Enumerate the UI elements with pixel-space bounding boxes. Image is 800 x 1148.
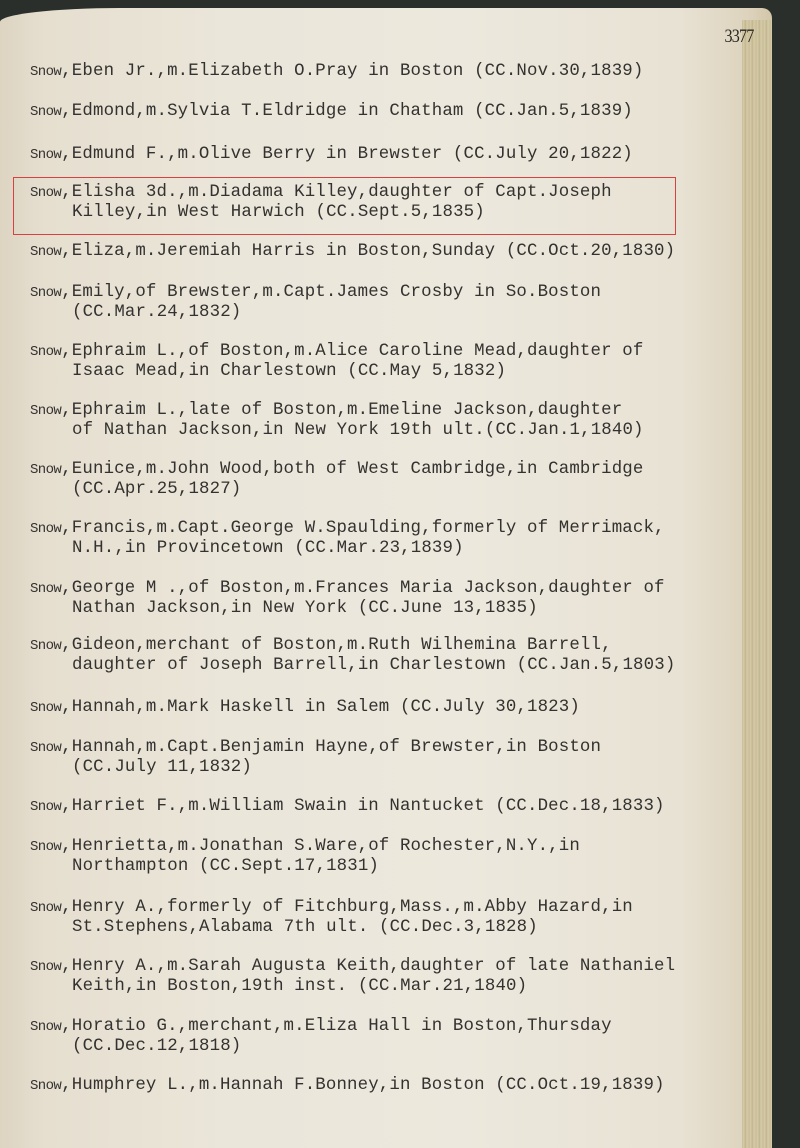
page-edge: [742, 20, 772, 1140]
entry: Snow,George M .,of Boston,m.Frances Mari…: [30, 579, 665, 619]
entry-surname: Snow: [30, 285, 61, 301]
entry: Snow,Henry A.,formerly of Fitchburg,Mass…: [30, 898, 633, 938]
entry-surname: Snow: [30, 521, 61, 537]
entry-first-line: Snow,Harriet F.,m.William Swain in Nantu…: [30, 797, 665, 817]
entry: Snow,Humphrey L.,m.Hannah F.Bonney,in Bo…: [30, 1076, 665, 1096]
entry-text: ,Edmund F.,m.Olive Berry in Brewster (CC…: [61, 145, 633, 164]
entry-surname: Snow: [30, 638, 61, 654]
entry: Snow,Ephraim L.,late of Boston,m.Emeline…: [30, 401, 644, 441]
entry-text: ,Henry A.,formerly of Fitchburg,Mass.,m.…: [61, 898, 633, 917]
page-number: 3377: [725, 26, 754, 48]
entry-surname: Snow: [30, 244, 61, 260]
entry-text: ,Henry A.,m.Sarah Augusta Keith,daughter…: [61, 957, 675, 976]
entry-surname: Snow: [30, 959, 61, 975]
entry: Snow,Gideon,merchant of Boston,m.Ruth Wi…: [30, 636, 675, 676]
entry: Snow,Edmund F.,m.Olive Berry in Brewster…: [30, 145, 633, 165]
entry-text: ,Hannah,m.Capt.Benjamin Hayne,of Brewste…: [61, 738, 601, 757]
entry-surname: Snow: [30, 104, 61, 120]
entry-text: ,Emily,of Brewster,m.Capt.James Crosby i…: [61, 283, 601, 302]
entry-first-line: Snow,George M .,of Boston,m.Frances Mari…: [30, 579, 665, 599]
entry-surname: Snow: [30, 839, 61, 855]
entry-surname: Snow: [30, 147, 61, 163]
entry: Snow,Hannah,m.Mark Haskell in Salem (CC.…: [30, 698, 580, 718]
entry-continuation-line: (CC.Apr.25,1827): [30, 480, 643, 500]
entry-text: ,Eliza,m.Jeremiah Harris in Boston,Sunda…: [61, 242, 675, 261]
entry-first-line: Snow,Eben Jr.,m.Elizabeth O.Pray in Bost…: [30, 62, 643, 82]
entry-continuation-line: N.H.,in Provincetown (CC.Mar.23,1839): [30, 539, 665, 559]
entry-surname: Snow: [30, 344, 61, 360]
entry-first-line: Snow,Henry A.,m.Sarah Augusta Keith,daug…: [30, 957, 675, 977]
entry-text: ,Harriet F.,m.William Swain in Nantucket…: [61, 797, 664, 816]
entry: Snow,Eben Jr.,m.Elizabeth O.Pray in Bost…: [30, 62, 643, 82]
entry-first-line: Snow,Henrietta,m.Jonathan S.Ware,of Roch…: [30, 837, 580, 857]
entry: Snow,Ephraim L.,of Boston,m.Alice Caroli…: [30, 342, 643, 382]
entry-text: ,Ephraim L.,late of Boston,m.Emeline Jac…: [61, 401, 622, 420]
entry-text: ,Eunice,m.John Wood,both of West Cambrid…: [61, 460, 643, 479]
entry-first-line: Snow,Humphrey L.,m.Hannah F.Bonney,in Bo…: [30, 1076, 665, 1096]
entry-surname: Snow: [30, 1078, 61, 1094]
entry-continuation-line: St.Stephens,Alabama 7th ult. (CC.Dec.3,1…: [30, 918, 633, 938]
entry-first-line: Snow,Elisha 3d.,m.Diadama Killey,daughte…: [30, 183, 612, 203]
entry-surname: Snow: [30, 581, 61, 597]
entry-continuation-line: (CC.July 11,1832): [30, 758, 601, 778]
entry: Snow,Francis,m.Capt.George W.Spaulding,f…: [30, 519, 665, 559]
entry-first-line: Snow,Gideon,merchant of Boston,m.Ruth Wi…: [30, 636, 675, 656]
entry-first-line: Snow,Emily,of Brewster,m.Capt.James Cros…: [30, 283, 601, 303]
entry-continuation-line: daughter of Joseph Barrell,in Charlestow…: [30, 656, 675, 676]
entry-first-line: Snow,Edmond,m.Sylvia T.Eldridge in Chath…: [30, 102, 633, 122]
entry-surname: Snow: [30, 1019, 61, 1035]
entry-text: ,Henrietta,m.Jonathan S.Ware,of Rocheste…: [61, 837, 580, 856]
entry-text: ,George M .,of Boston,m.Frances Maria Ja…: [61, 579, 664, 598]
entry-first-line: Snow,Francis,m.Capt.George W.Spaulding,f…: [30, 519, 665, 539]
entry: Snow,Henrietta,m.Jonathan S.Ware,of Roch…: [30, 837, 580, 877]
entry-continuation-line: Killey,in West Harwich (CC.Sept.5,1835): [30, 203, 612, 223]
entry-surname: Snow: [30, 462, 61, 478]
entry-surname: Snow: [30, 740, 61, 756]
entry-continuation-line: of Nathan Jackson,in New York 19th ult.(…: [30, 421, 644, 441]
entry: Snow,Henry A.,m.Sarah Augusta Keith,daug…: [30, 957, 675, 997]
entry-text: ,Edmond,m.Sylvia T.Eldridge in Chatham (…: [61, 102, 633, 121]
document-page: 3377 Snow,Eben Jr.,m.Elizabeth O.Pray in…: [0, 8, 772, 1140]
entry-surname: Snow: [30, 700, 61, 716]
entry-continuation-line: Nathan Jackson,in New York (CC.June 13,1…: [30, 599, 665, 619]
entry-first-line: Snow,Hannah,m.Capt.Benjamin Hayne,of Bre…: [30, 738, 601, 758]
entry-continuation-line: (CC.Dec.12,1818): [30, 1037, 612, 1057]
entry-continuation-line: (CC.Mar.24,1832): [30, 303, 601, 323]
entry-first-line: Snow,Ephraim L.,late of Boston,m.Emeline…: [30, 401, 644, 421]
entry-first-line: Snow,Henry A.,formerly of Fitchburg,Mass…: [30, 898, 633, 918]
entry-text: ,Ephraim L.,of Boston,m.Alice Caroline M…: [61, 342, 643, 361]
entry-continuation-line: Keith,in Boston,19th inst. (CC.Mar.21,18…: [30, 977, 675, 997]
entry: Snow,Eunice,m.John Wood,both of West Cam…: [30, 460, 643, 500]
entry-surname: Snow: [30, 403, 61, 419]
entry: Snow,Emily,of Brewster,m.Capt.James Cros…: [30, 283, 601, 323]
entry-first-line: Snow,Edmund F.,m.Olive Berry in Brewster…: [30, 145, 633, 165]
entry: Snow,Hannah,m.Capt.Benjamin Hayne,of Bre…: [30, 738, 601, 778]
entry-surname: Snow: [30, 64, 61, 80]
entry-continuation-line: Isaac Mead,in Charlestown (CC.May 5,1832…: [30, 362, 643, 382]
entry: Snow,Horatio G.,merchant,m.Eliza Hall in…: [30, 1017, 612, 1057]
entry-continuation-line: Northampton (CC.Sept.17,1831): [30, 857, 580, 877]
entry-first-line: Snow,Horatio G.,merchant,m.Eliza Hall in…: [30, 1017, 612, 1037]
entry-text: ,Horatio G.,merchant,m.Eliza Hall in Bos…: [61, 1017, 611, 1036]
entry-text: ,Hannah,m.Mark Haskell in Salem (CC.July…: [61, 698, 580, 717]
entry-text: ,Elisha 3d.,m.Diadama Killey,daughter of…: [61, 183, 611, 202]
entry-text: ,Francis,m.Capt.George W.Spaulding,forme…: [61, 519, 664, 538]
entry-first-line: Snow,Ephraim L.,of Boston,m.Alice Caroli…: [30, 342, 643, 362]
entry-text: ,Humphrey L.,m.Hannah F.Bonney,in Boston…: [61, 1076, 664, 1095]
entry-text: ,Gideon,merchant of Boston,m.Ruth Wilhem…: [61, 636, 611, 655]
entry-surname: Snow: [30, 799, 61, 815]
entry-first-line: Snow,Eunice,m.John Wood,both of West Cam…: [30, 460, 643, 480]
entry-text: ,Eben Jr.,m.Elizabeth O.Pray in Boston (…: [61, 62, 643, 81]
entry: Snow,Elisha 3d.,m.Diadama Killey,daughte…: [30, 183, 612, 223]
entry: Snow,Eliza,m.Jeremiah Harris in Boston,S…: [30, 242, 675, 262]
entry-first-line: Snow,Eliza,m.Jeremiah Harris in Boston,S…: [30, 242, 675, 262]
entry-surname: Snow: [30, 900, 61, 916]
entry: Snow,Edmond,m.Sylvia T.Eldridge in Chath…: [30, 102, 633, 122]
entry-first-line: Snow,Hannah,m.Mark Haskell in Salem (CC.…: [30, 698, 580, 718]
entry: Snow,Harriet F.,m.William Swain in Nantu…: [30, 797, 665, 817]
entry-surname: Snow: [30, 185, 61, 201]
